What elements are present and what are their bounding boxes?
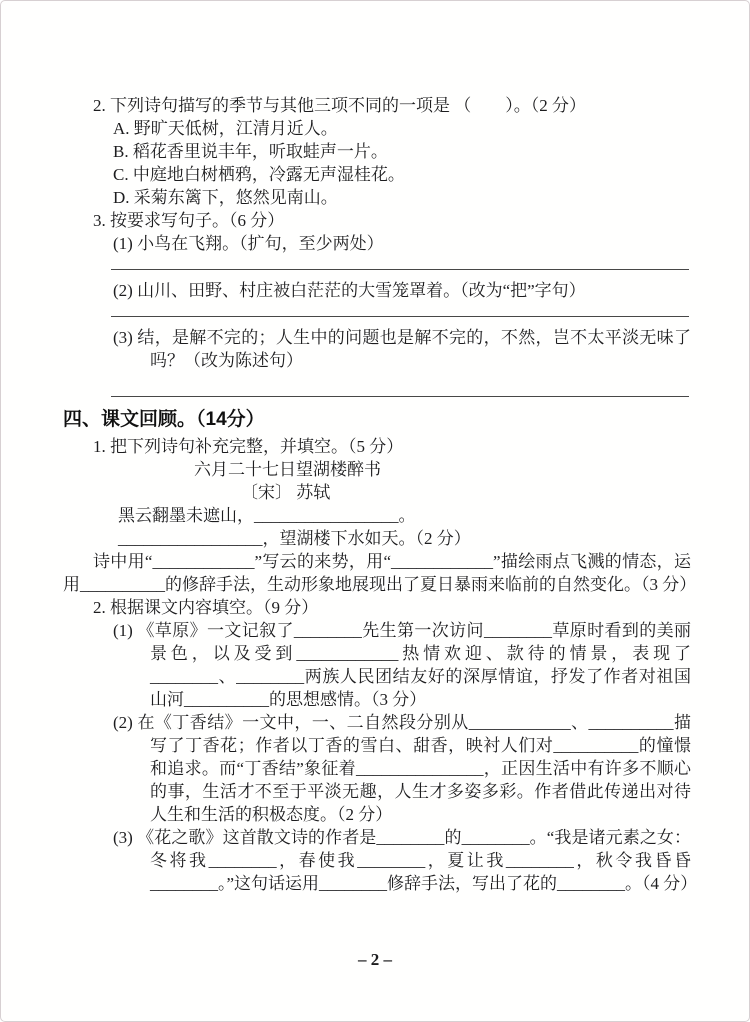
poem-author: 〔宋〕 苏轼 bbox=[241, 481, 691, 504]
question-3-sub-1: (1) 小鸟在飞翔。（扩句，至少两处） bbox=[113, 232, 691, 255]
section-4-q2-sub-1: (1) 《草原》一文记叙了________先生第一次访问________草原时看… bbox=[113, 619, 691, 711]
answer-line-1 bbox=[111, 255, 689, 270]
section-4-q1-stem: 1. 把下列诗句补充完整，并填空。（5 分） bbox=[93, 435, 691, 458]
section-4-q2-sub-2: (2) 在《丁香结》一文中，一、二自然段分别从____________、____… bbox=[113, 711, 691, 826]
poem-line-2: _________________，望湖楼下水如天。（2 分） bbox=[118, 527, 691, 550]
question-3-stem: 3. 按要求写句子。（6 分） bbox=[93, 209, 691, 232]
question-2-option-d: D. 采菊东篱下，悠然见南山。 bbox=[113, 186, 691, 209]
page-footer: – 2 – bbox=[1, 948, 749, 971]
section-4-q2-sub-3: (3) 《花之歌》这首散文诗的作者是________的________。“我是诸… bbox=[113, 826, 691, 895]
poem-title: 六月二十七日望湖楼醉书 bbox=[194, 458, 691, 481]
test-paper-page: 2. 下列诗句描写的季节与其他三项不同的一项是 （ ）。（2 分） A. 野旷天… bbox=[0, 0, 750, 1022]
poem-line-1: 黑云翻墨未遮山，_________________。 bbox=[118, 504, 691, 527]
page-number: – 2 – bbox=[358, 950, 392, 969]
answer-line-3 bbox=[111, 372, 689, 397]
question-2-option-c: C. 中庭地白树栖鸦，冷露无声湿桂花。 bbox=[113, 163, 691, 186]
question-2-option-a: A. 野旷天低树，江清月近人。 bbox=[113, 117, 691, 140]
question-3-sub-3: (3) 结，是解不完的；人生中的问题也是解不完的，不然，岂不太平淡无味了吗？（改… bbox=[113, 326, 691, 372]
section-4-text-review: 四、课文回顾。（14分） 1. 把下列诗句补充完整，并填空。（5 分） 六月二十… bbox=[63, 406, 691, 895]
question-2-stem: 2. 下列诗句描写的季节与其他三项不同的一项是 （ ）。（2 分） bbox=[93, 94, 691, 117]
section-4-q2-stem: 2. 根据课文内容填空。（9 分） bbox=[93, 596, 691, 619]
question-3-sub-2: (2) 山川、田野、村庄被白茫茫的大雪笼罩着。（改为“把”字句） bbox=[113, 279, 691, 302]
question-2: 2. 下列诗句描写的季节与其他三项不同的一项是 （ ）。（2 分） A. 野旷天… bbox=[63, 94, 691, 209]
poem-analysis: 诗中用“____________”写云的来势，用“____________”描绘… bbox=[63, 550, 691, 596]
answer-line-2 bbox=[111, 302, 689, 317]
question-3: 3. 按要求写句子。（6 分） (1) 小鸟在飞翔。（扩句，至少两处） (2) … bbox=[63, 209, 691, 397]
question-2-option-b: B. 稻花香里说丰年，听取蛙声一片。 bbox=[113, 140, 691, 163]
section-4-heading: 四、课文回顾。（14分） bbox=[63, 406, 691, 433]
